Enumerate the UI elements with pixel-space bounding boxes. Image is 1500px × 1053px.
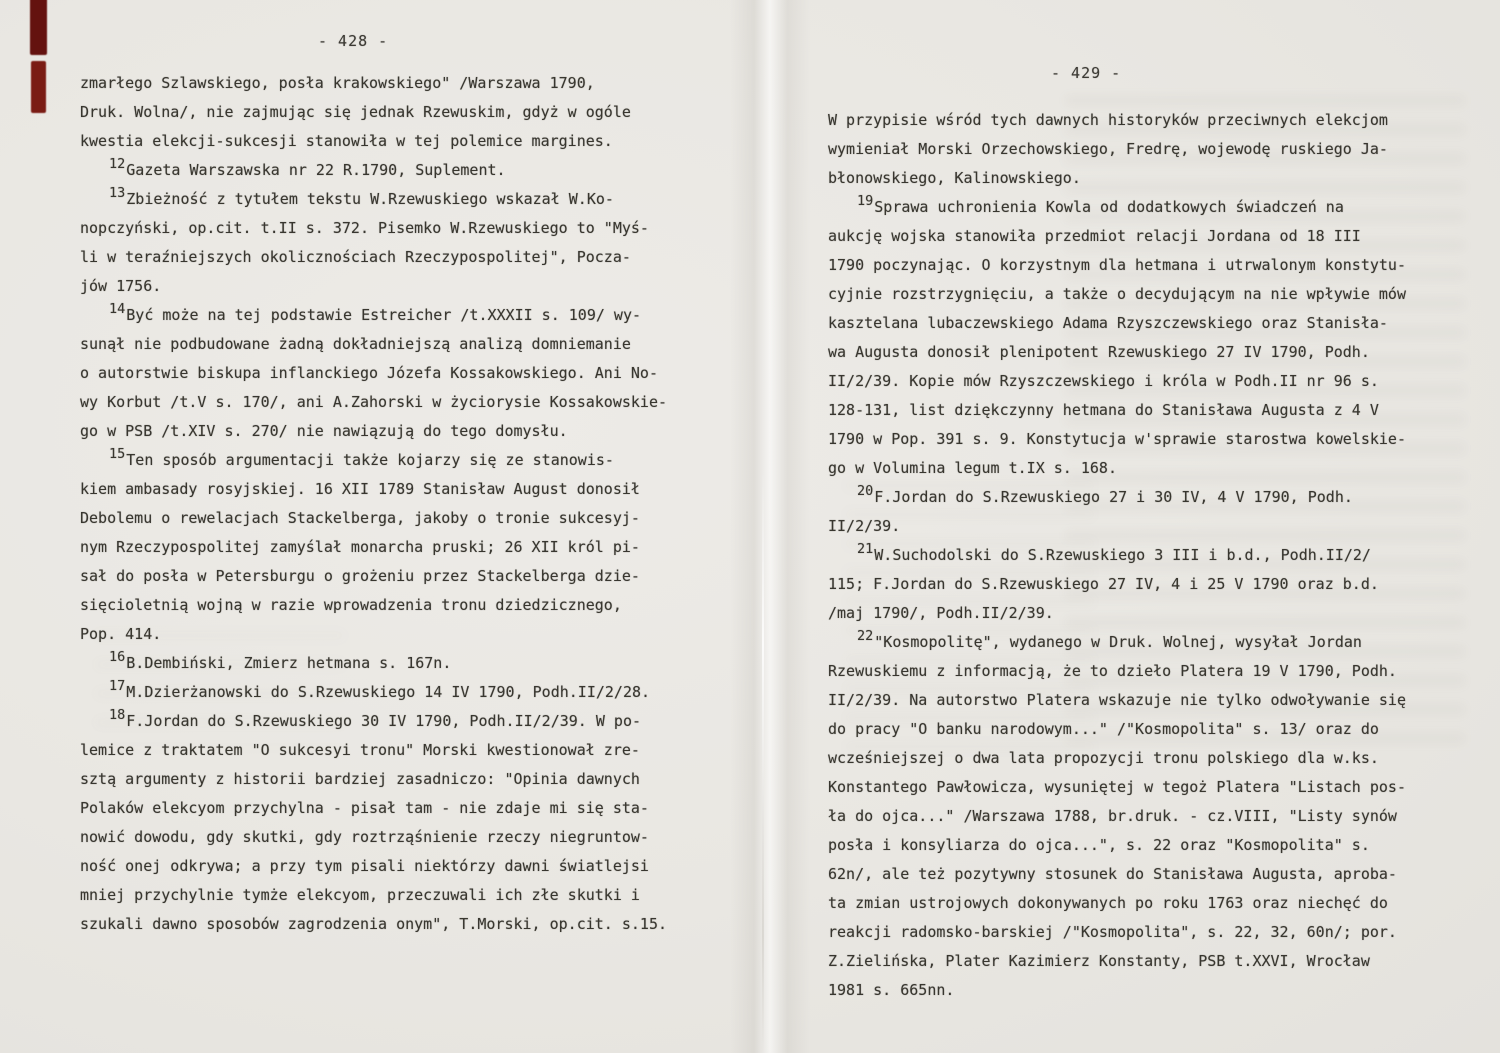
text-line: 12Gazeta Warszawska nr 22 R.1790, Suplem… <box>80 156 730 185</box>
text-line: go w Volumina legum t.IX s. 168. <box>828 454 1478 483</box>
text-line: 1790 poczynając. O korzystnym dla hetman… <box>828 251 1478 280</box>
text-line-content: wcześniejszej o dwa lata propozycji tron… <box>828 749 1379 767</box>
text-line: wa Augusta donosił plenipotent Rzewuskie… <box>828 338 1478 367</box>
text-line: 115; F.Jordan do S.Rzewuskiego 27 IV, 4 … <box>828 570 1478 599</box>
text-line-content: Debolemu o rewelacjach Stackelberga, jak… <box>80 509 640 527</box>
text-line-content: mniej przychylnie tymże elekcyom, przecz… <box>80 886 640 904</box>
text-line: 19Sprawa uchronienia Kowla od dodatkowyc… <box>828 193 1478 222</box>
text-line: li w teraźniejszych okolicznościach Rzec… <box>80 243 730 272</box>
text-line: 22"Kosmopolitę", wydanego w Druk. Wolnej… <box>828 628 1478 657</box>
text-line: nowić dowodu, gdy skutki, gdy roztrząśni… <box>80 823 730 852</box>
text-line-content: Polaków elekcyom przychylna - pisał tam … <box>80 799 649 817</box>
text-line-content: Konstantego Pawłowicza, wysuniętej w teg… <box>828 778 1406 796</box>
text-line-content: Gazeta Warszawska nr 22 R.1790, Suplemen… <box>126 161 505 179</box>
text-line-content: sunął nie podbudowane żadną dokładniejsz… <box>80 335 631 353</box>
text-line: mniej przychylnie tymże elekcyom, przecz… <box>80 881 730 910</box>
text-line: ność onej odkrywa; a przy tym pisali nie… <box>80 852 730 881</box>
text-line: 15Ten sposób argumentacji także kojarzy … <box>80 446 730 475</box>
text-line: wcześniejszej o dwa lata propozycji tron… <box>828 744 1478 773</box>
text-line: W przypisie wśród tych dawnych historykó… <box>828 106 1478 135</box>
text-line-content: Być może na tej podstawie Estreicher /t.… <box>126 306 641 324</box>
text-line: kwestia elekcji-sukcesji stanowiła w tej… <box>80 127 730 156</box>
text-line: zmarłego Szlawskiego, posła krakowskiego… <box>80 69 730 98</box>
text-line-content: Zbieżność z tytułem tekstu W.Rzewuskiego… <box>126 190 614 208</box>
page-number-right: - 429 - <box>1051 64 1121 82</box>
text-line: wymieniał Morski Orzechowskiego, Fredrę,… <box>828 135 1478 164</box>
text-line-content: 1790 poczynając. O korzystnym dla hetman… <box>828 256 1406 274</box>
text-line-content: błonowskiego, Kalinowskiego. <box>828 169 1081 187</box>
text-line-content: wy Korbut /t.V s. 170/, ani A.Zahorski w… <box>80 393 667 411</box>
text-line-content: jów 1756. <box>80 277 161 295</box>
text-line: szukali dawno sposobów zagrodzenia onym"… <box>80 910 730 939</box>
text-line: 62n/, ale też pozytywny stosunek do Stan… <box>828 860 1478 889</box>
footnote-marker: 12 <box>109 150 125 179</box>
text-line: wy Korbut /t.V s. 170/, ani A.Zahorski w… <box>80 388 730 417</box>
footnote-marker: 19 <box>857 187 873 216</box>
text-line: 1790 w Pop. 391 s. 9. Konstytucja w'spra… <box>828 425 1478 454</box>
text-line: nopczyński, op.cit. t.II s. 372. Pisemko… <box>80 214 730 243</box>
page-right-text: W przypisie wśród tych dawnych historykó… <box>828 106 1478 1005</box>
text-line-content: go w PSB /t.XIV s. 270/ nie nawiązują do… <box>80 422 568 440</box>
text-line-content: wymieniał Morski Orzechowskiego, Fredrę,… <box>828 140 1388 158</box>
text-line-content: II/2/39. Kopie mów Rzyszczewskiego i kró… <box>828 372 1379 390</box>
text-line: kasztelana lubaczewskiego Adama Rzyszcze… <box>828 309 1478 338</box>
text-line-content: W.Suchodolski do S.Rzewuskiego 3 III i b… <box>874 546 1371 564</box>
text-line: sunął nie podbudowane żadną dokładniejsz… <box>80 330 730 359</box>
page-left-text: zmarłego Szlawskiego, posła krakowskiego… <box>80 69 730 939</box>
text-line-content: li w teraźniejszych okolicznościach Rzec… <box>80 248 631 266</box>
text-line: sięcioletnią wojną w razie wprowadzenia … <box>80 591 730 620</box>
text-line-content: Pop. 414. <box>80 625 161 643</box>
text-line-content: Rzewuskiemu z informacją, że to dzieło P… <box>828 662 1397 680</box>
text-line-content: W przypisie wśród tych dawnych historykó… <box>828 111 1388 129</box>
text-line: 13Zbieżność z tytułem tekstu W.Rzewuskie… <box>80 185 730 214</box>
text-line: nym Rzeczypospolitej zamyślał monarcha p… <box>80 533 730 562</box>
scan-edge-mark <box>30 0 47 55</box>
text-line-content: wa Augusta donosił plenipotent Rzewuskie… <box>828 343 1370 361</box>
text-line-content: zmarłego Szlawskiego, posła krakowskiego… <box>80 74 595 92</box>
text-line-content: ła do ojca..." /Warszawa 1788, br.druk. … <box>828 807 1397 825</box>
text-line: 20F.Jordan do S.Rzewuskiego 27 i 30 IV, … <box>828 483 1478 512</box>
text-line: Debolemu o rewelacjach Stackelberga, jak… <box>80 504 730 533</box>
text-line-content: sięcioletnią wojną w razie wprowadzenia … <box>80 596 622 614</box>
text-line-content: Sprawa uchronienia Kowla od dodatkowych … <box>874 198 1344 216</box>
text-line: reakcji radomsko-barskiej /"Kosmopolita"… <box>828 918 1478 947</box>
page-number-left: - 428 - <box>318 32 388 50</box>
text-line: ta zmian ustrojowych dokonywanych po rok… <box>828 889 1478 918</box>
gutter-crease-line <box>762 470 764 1053</box>
text-line: II/2/39. Kopie mów Rzyszczewskiego i kró… <box>828 367 1478 396</box>
text-line: 16B.Dembiński, Zmierz hetmana s. 167n. <box>80 649 730 678</box>
text-line-content: B.Dembiński, Zmierz hetmana s. 167n. <box>126 654 451 672</box>
footnote-marker: 14 <box>109 295 125 324</box>
text-line: sał do posła w Petersburgu o grożeniu pr… <box>80 562 730 591</box>
text-line-content: Z.Zielińska, Plater Kazimierz Konstanty,… <box>828 952 1370 970</box>
text-line-content: o autorstwie biskupa inflanckiego Józefa… <box>80 364 658 382</box>
text-line: 14Być może na tej podstawie Estreicher /… <box>80 301 730 330</box>
text-line-content: 1790 w Pop. 391 s. 9. Konstytucja w'spra… <box>828 430 1406 448</box>
footnote-marker: 22 <box>857 622 873 651</box>
scan-edge-mark <box>31 61 46 113</box>
text-line: 21W.Suchodolski do S.Rzewuskiego 3 III i… <box>828 541 1478 570</box>
text-line: cyjnie rozstrzygnięciu, a także o decydu… <box>828 280 1478 309</box>
footnote-marker: 16 <box>109 643 125 672</box>
page-gutter-crease <box>730 0 810 1053</box>
text-line-content: F.Jordan do S.Rzewuskiego 30 IV 1790, Po… <box>126 712 641 730</box>
text-line-content: 115; F.Jordan do S.Rzewuskiego 27 IV, 4 … <box>828 575 1379 593</box>
text-line: Z.Zielińska, Plater Kazimierz Konstanty,… <box>828 947 1478 976</box>
text-line-content: Ten sposób argumentacji także kojarzy si… <box>126 451 614 469</box>
text-line-content: posła i konsyliarza do ojca...", s. 22 o… <box>828 836 1370 854</box>
text-line: II/2/39. Na autorstwo Platera wskazuje n… <box>828 686 1478 715</box>
text-line-content: F.Jordan do S.Rzewuskiego 27 i 30 IV, 4 … <box>874 488 1353 506</box>
text-line-content: /maj 1790/, Podh.II/2/39. <box>828 604 1054 622</box>
scanned-book-spread: - 428 - - 429 - zmarłego Szlawskiego, po… <box>0 0 1500 1053</box>
text-line: Polaków elekcyom przychylna - pisał tam … <box>80 794 730 823</box>
text-line-content: nowić dowodu, gdy skutki, gdy roztrząśni… <box>80 828 649 846</box>
text-line: o autorstwie biskupa inflanckiego Józefa… <box>80 359 730 388</box>
text-line: II/2/39. <box>828 512 1478 541</box>
text-line-content: sztą argumenty z historii bardziej zasad… <box>80 770 640 788</box>
footnote-marker: 15 <box>109 440 125 469</box>
text-line-content: go w Volumina legum t.IX s. 168. <box>828 459 1117 477</box>
text-line: sztą argumenty z historii bardziej zasad… <box>80 765 730 794</box>
text-line: jów 1756. <box>80 272 730 301</box>
text-line-content: II/2/39. <box>828 517 900 535</box>
text-line: 18F.Jordan do S.Rzewuskiego 30 IV 1790, … <box>80 707 730 736</box>
text-line-content: ność onej odkrywa; a przy tym pisali nie… <box>80 857 649 875</box>
footnote-marker: 17 <box>109 672 125 701</box>
text-line: Druk. Wolna/, nie zajmując się jednak Rz… <box>80 98 730 127</box>
text-line: 128-131, list dziękczynny hetmana do Sta… <box>828 396 1478 425</box>
text-line-content: "Kosmopolitę", wydanego w Druk. Wolnej, … <box>874 633 1362 651</box>
footnote-marker: 21 <box>857 535 873 564</box>
text-line-content: sał do posła w Petersburgu o grożeniu pr… <box>80 567 640 585</box>
text-line-content: reakcji radomsko-barskiej /"Kosmopolita"… <box>828 923 1397 941</box>
text-line-content: do pracy "O banku narodowym..." /"Kosmop… <box>828 720 1379 738</box>
text-line: aukcję wojska stanowiła przedmiot relacj… <box>828 222 1478 251</box>
text-line-content: nopczyński, op.cit. t.II s. 372. Pisemko… <box>80 219 649 237</box>
text-line: do pracy "O banku narodowym..." /"Kosmop… <box>828 715 1478 744</box>
text-line-content: 1981 s. 665nn. <box>828 981 954 999</box>
text-line: ła do ojca..." /Warszawa 1788, br.druk. … <box>828 802 1478 831</box>
text-line: Rzewuskiemu z informacją, że to dzieło P… <box>828 657 1478 686</box>
text-line: Pop. 414. <box>80 620 730 649</box>
text-line-content: 128-131, list dziękczynny hetmana do Sta… <box>828 401 1379 419</box>
text-line-content: M.Dzierżanowski do S.Rzewuskiego 14 IV 1… <box>126 683 650 701</box>
text-line-content: aukcję wojska stanowiła przedmiot relacj… <box>828 227 1361 245</box>
text-line-content: kiem ambasady rosyjskiej. 16 XII 1789 St… <box>80 480 640 498</box>
footnote-marker: 20 <box>857 477 873 506</box>
text-line: lemice z traktatem "O sukcesyi tronu" Mo… <box>80 736 730 765</box>
text-line: posła i konsyliarza do ojca...", s. 22 o… <box>828 831 1478 860</box>
text-line-content: lemice z traktatem "O sukcesyi tronu" Mo… <box>80 741 640 759</box>
text-line-content: ta zmian ustrojowych dokonywanych po rok… <box>828 894 1388 912</box>
text-line-content: Druk. Wolna/, nie zajmując się jednak Rz… <box>80 103 631 121</box>
text-line-content: cyjnie rozstrzygnięciu, a także o decydu… <box>828 285 1406 303</box>
text-line-content: kwestia elekcji-sukcesji stanowiła w tej… <box>80 132 613 150</box>
text-line: go w PSB /t.XIV s. 270/ nie nawiązują do… <box>80 417 730 446</box>
footnote-marker: 18 <box>109 701 125 730</box>
text-line: /maj 1790/, Podh.II/2/39. <box>828 599 1478 628</box>
text-line: błonowskiego, Kalinowskiego. <box>828 164 1478 193</box>
text-line: 1981 s. 665nn. <box>828 976 1478 1005</box>
text-line-content: 62n/, ale też pozytywny stosunek do Stan… <box>828 865 1397 883</box>
text-line: 17M.Dzierżanowski do S.Rzewuskiego 14 IV… <box>80 678 730 707</box>
text-line: kiem ambasady rosyjskiej. 16 XII 1789 St… <box>80 475 730 504</box>
text-line-content: II/2/39. Na autorstwo Platera wskazuje n… <box>828 691 1406 709</box>
footnote-marker: 13 <box>109 179 125 208</box>
text-line: Konstantego Pawłowicza, wysuniętej w teg… <box>828 773 1478 802</box>
text-line-content: szukali dawno sposobów zagrodzenia onym"… <box>80 915 667 933</box>
text-line-content: nym Rzeczypospolitej zamyślał monarcha p… <box>80 538 640 556</box>
text-line-content: kasztelana lubaczewskiego Adama Rzyszcze… <box>828 314 1388 332</box>
